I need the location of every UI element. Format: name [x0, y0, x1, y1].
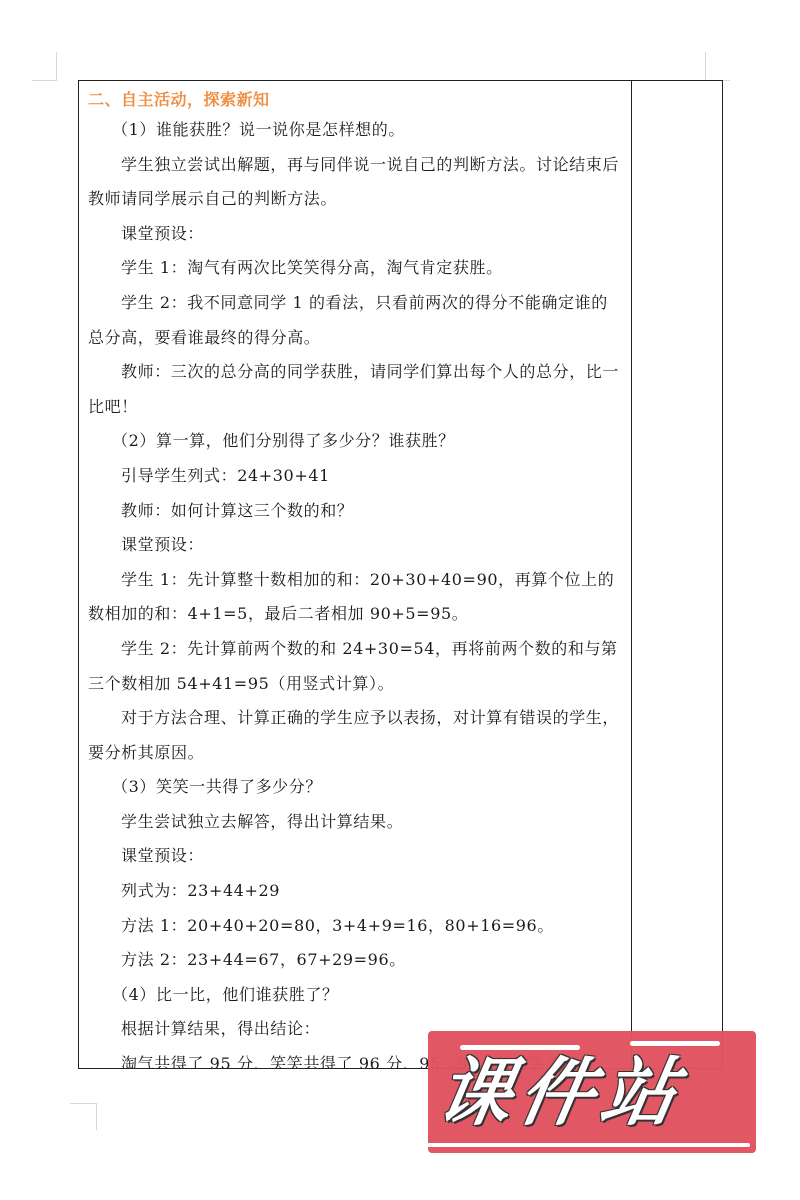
stamp-texture [420, 1143, 750, 1147]
paragraph: 课堂预设： [88, 528, 623, 563]
paragraph: （2）算一算，他们分别得了多少分？谁获胜？ [88, 424, 623, 459]
stamp-texture [630, 1041, 720, 1046]
paragraph: 引导学生列式：24+30+41 [88, 459, 623, 494]
paragraph: 教师：三次的总分高的同学获胜，请同学们算出每个人的总分，比一比吧！ [88, 355, 623, 424]
paragraph: 课堂预设： [88, 839, 623, 874]
paragraph: 学生尝试独立去解答，得出计算结果。 [88, 805, 623, 840]
paragraph: 学生 2：我不同意同学 1 的看法，只看前两次的得分不能确定谁的总分高，要看谁最… [88, 286, 623, 355]
section-heading: 二、自主活动，探索新知 [88, 87, 623, 113]
paragraph: 列式为：23+44+29 [88, 874, 623, 909]
paragraph: 教师：如何计算这三个数的和？ [88, 494, 623, 529]
paragraph: （3）笑笑一共得了多少分？ [88, 770, 623, 805]
crop-mark-top-right [705, 52, 730, 81]
crop-mark-bottom-left [70, 1103, 97, 1130]
watermark-stamp: 课件站 [420, 1015, 770, 1165]
paragraph: 课堂预设： [88, 217, 623, 252]
paragraph: 学生 1：淘气有两次比笑笑得分高，淘气肯定获胜。 [88, 251, 623, 286]
paragraph: 方法 2：23+44=67，67+29=96。 [88, 943, 623, 978]
paragraph: 学生 2：先计算前两个数的和 24+30=54，再将前两个数的和与第三个数相加 … [88, 632, 623, 701]
paragraph: （1）谁能获胜？说一说你是怎样想的。 [88, 113, 623, 148]
notes-cell [632, 81, 722, 1068]
crop-mark-top-left [32, 52, 57, 81]
paragraph: 学生独立尝试出解题，再与同伴说一说自己的判断方法。讨论结束后教师请同学展示自己的… [88, 148, 623, 217]
lesson-plan-table: 二、自主活动，探索新知 （1）谁能获胜？说一说你是怎样想的。 学生独立尝试出解题… [78, 80, 723, 1069]
paragraph: 方法 1：20+40+20=80，3+4+9=16，80+16=96。 [88, 909, 623, 944]
content-cell: 二、自主活动，探索新知 （1）谁能获胜？说一说你是怎样想的。 学生独立尝试出解题… [79, 81, 632, 1068]
paragraph: 对于方法合理、计算正确的学生应予以表扬，对计算有错误的学生，要分析其原因。 [88, 701, 623, 770]
paragraph: （4）比一比，他们谁获胜了？ [88, 978, 623, 1013]
paragraph: 学生 1：先计算整十数相加的和：20+30+40=90，再算个位上的数相加的和：… [88, 563, 623, 632]
watermark-logo-text: 课件站 [431, 1053, 765, 1133]
